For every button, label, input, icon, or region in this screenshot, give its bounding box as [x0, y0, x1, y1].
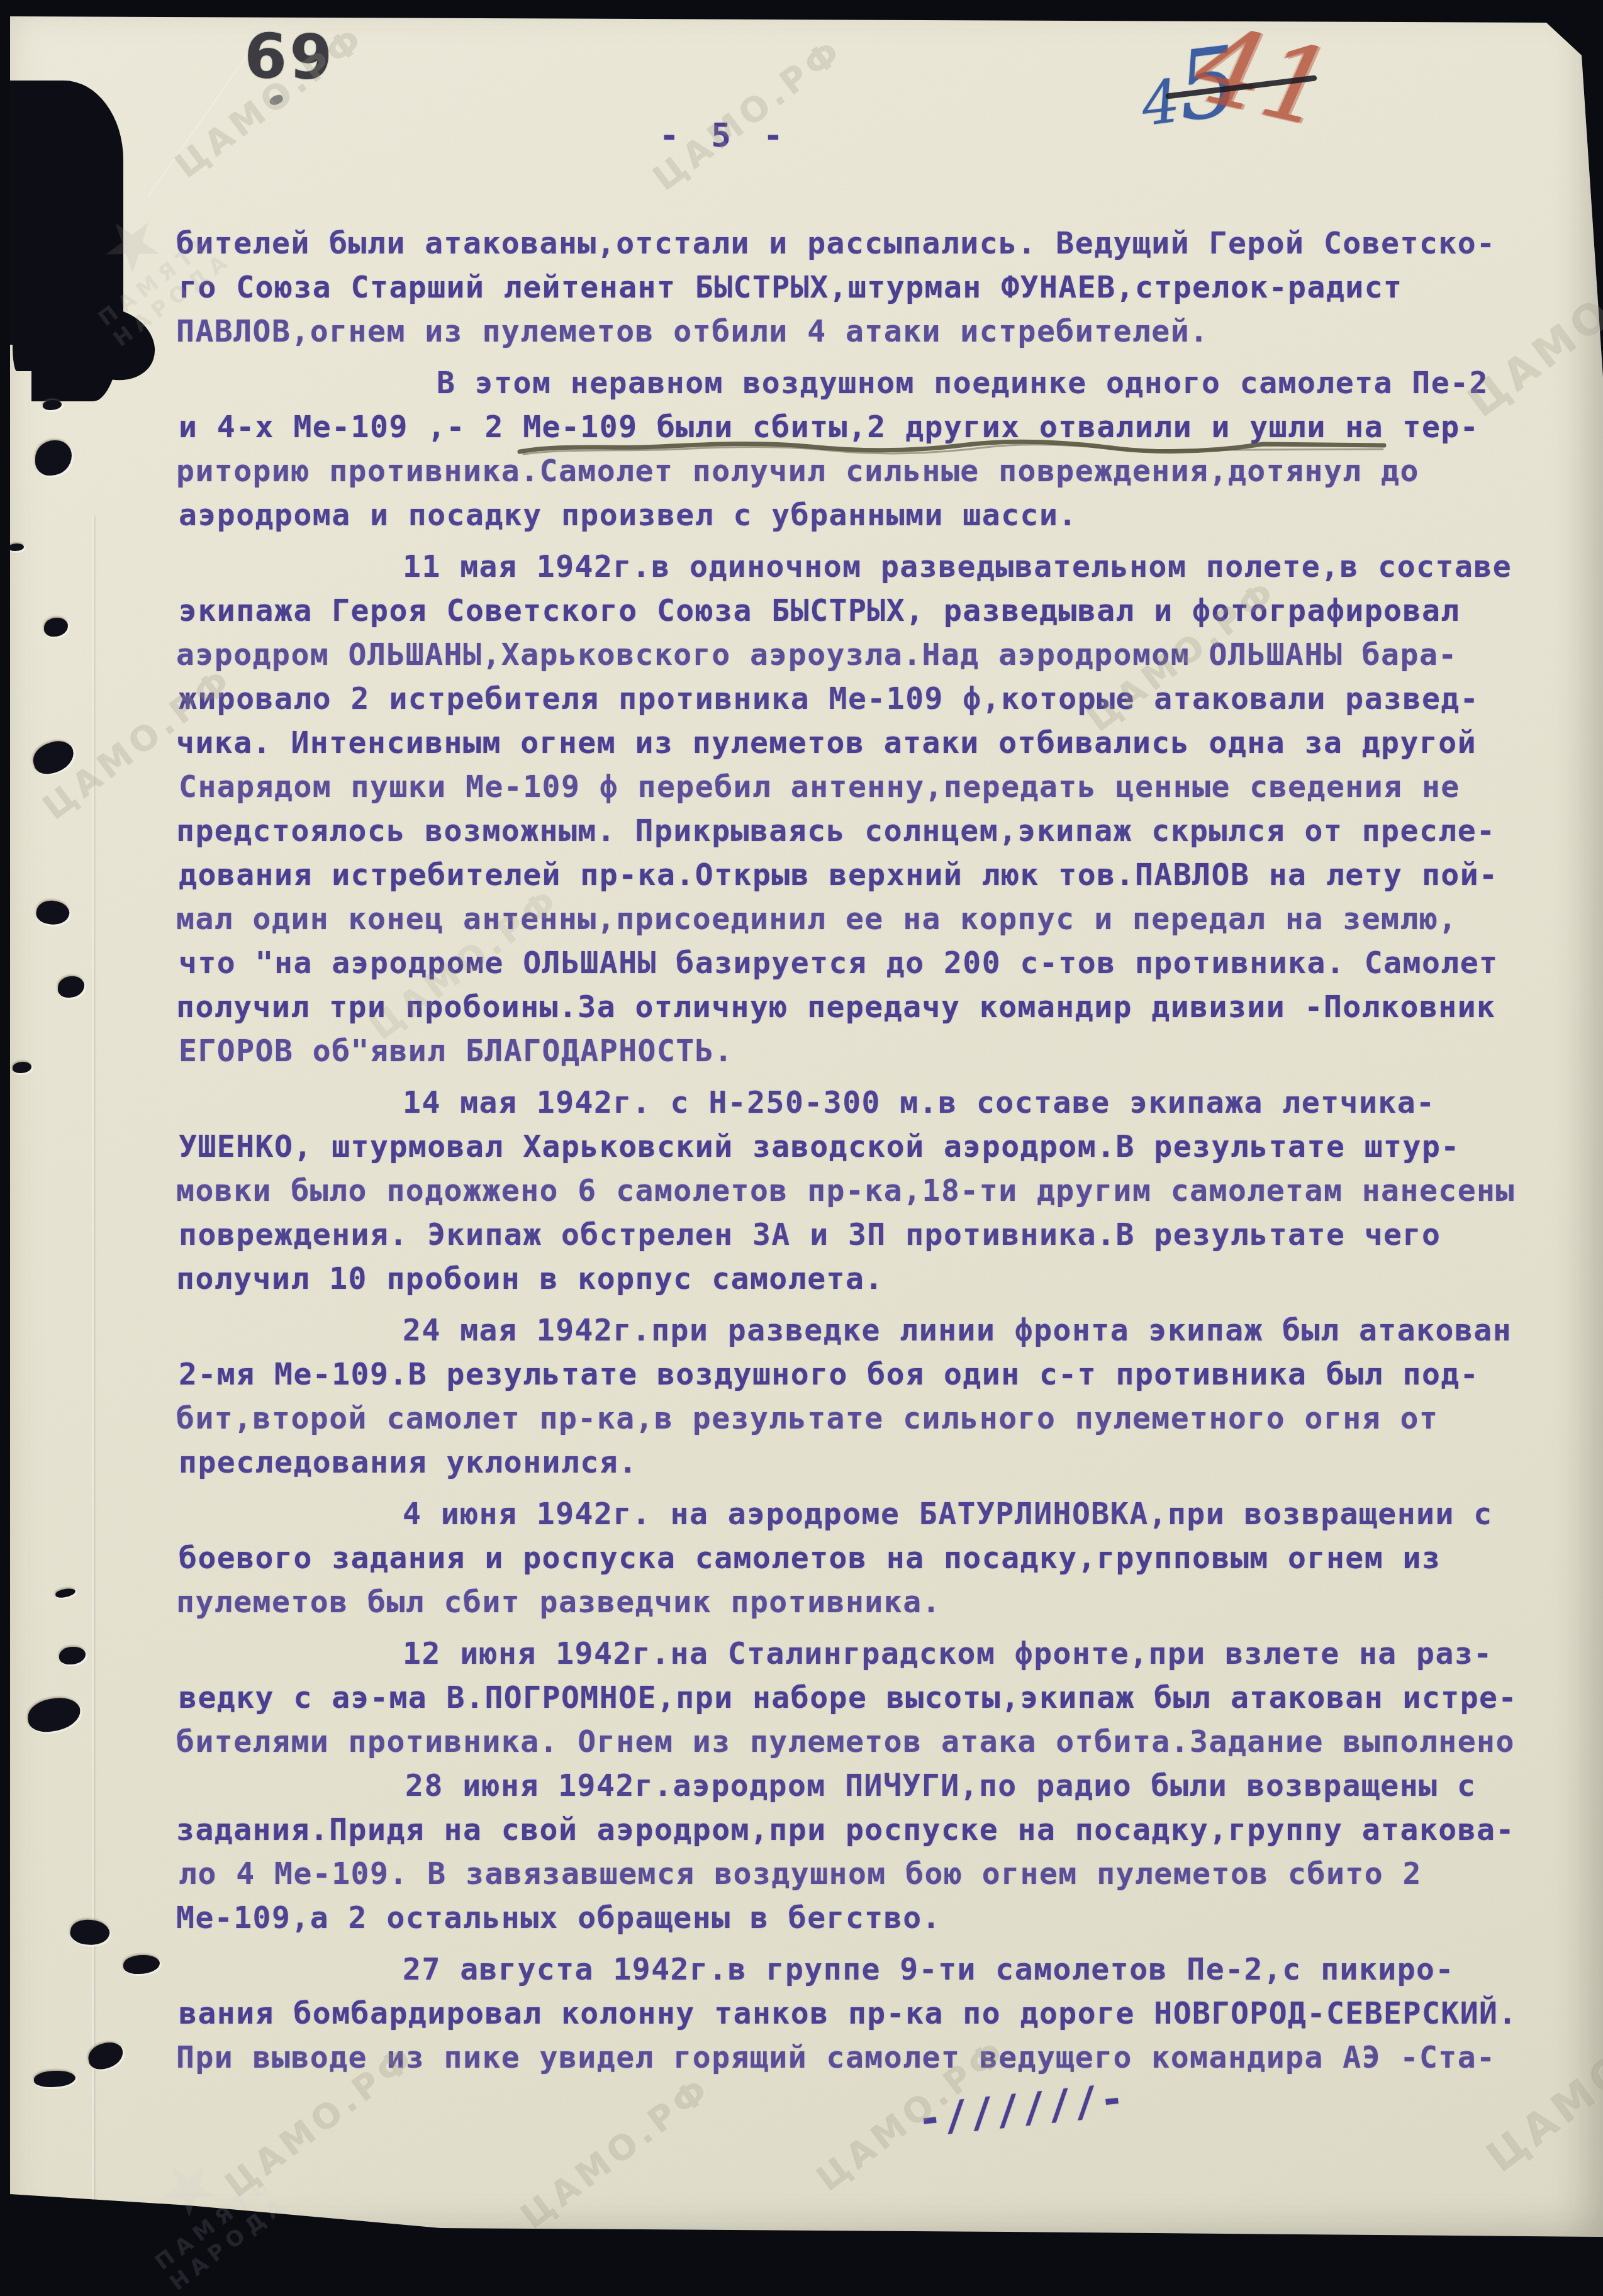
typed-line: 28 июня 1942г.аэродром ПИЧУГИ,по радио б… [179, 1764, 1588, 1808]
typed-line: го Союза Старший лейтенант БЫСТРЫХ,штурм… [179, 265, 1588, 309]
hole [69, 1917, 111, 1948]
paragraph: бителей были атакованы,отстали и рассыпа… [176, 221, 1585, 354]
typed-line: чика. Интенсивным огнем из пулеметов ата… [176, 721, 1585, 765]
typed-line: дования истребителей пр-ка.Открыв верхни… [179, 853, 1588, 897]
paper-sheet: 69 - 5 - 45 41 бителей были атакованы,от… [0, 0, 1603, 2248]
paragraph: 12 июня 1942г.на Сталинградском фронте,п… [176, 1632, 1585, 1940]
hole [58, 976, 84, 998]
paragraph: 4 июня 1942г. на аэродроме БАТУРЛИНОВКА,… [176, 1492, 1585, 1624]
typed-segment: и 4-х Ме-109 ,- 2 [179, 410, 523, 445]
paragraph: 24 мая 1942г.при разведке линии фронта э… [176, 1308, 1585, 1485]
typed-line: бителей были атакованы,отстали и рассыпа… [176, 221, 1585, 265]
typed-line: Ме-109,а 2 остальных обращены в бегство. [176, 1896, 1585, 1940]
typed-line: мал один конец антенны,присоединил ее на… [176, 897, 1585, 941]
typed-line: предстоялось возможным. Прикрываясь солн… [176, 809, 1585, 853]
typed-segment: тер- [1383, 410, 1479, 445]
typed-line: бителями противника. Огнем из пулеметов … [176, 1720, 1585, 1764]
typed-text-column: бителей были атакованы,отстали и рассыпа… [176, 221, 1585, 2087]
hole [34, 2071, 75, 2087]
typed-line: 14 мая 1942г. с Н-250-300 м.в составе эк… [176, 1081, 1585, 1125]
hole [35, 898, 72, 928]
typed-line: пулеметов был сбит разведчик противника. [176, 1580, 1585, 1624]
hole [9, 543, 24, 551]
typed-line: 12 июня 1942г.на Сталинградском фронте,п… [176, 1632, 1585, 1676]
typed-line: 4 июня 1942г. на аэродроме БАТУРЛИНОВКА,… [176, 1492, 1585, 1536]
scanned-page: 69 - 5 - 45 41 бителей были атакованы,от… [0, 0, 1603, 2248]
typed-line: В этом неравном воздушном поединке одног… [176, 361, 1585, 405]
typed-line: ло 4 Ме-109. В завязавшемся воздушном бо… [179, 1852, 1588, 1896]
typed-line: бит,второй самолет пр-ка,в результате си… [176, 1396, 1585, 1441]
typed-line: 24 мая 1942г.при разведке линии фронта э… [176, 1308, 1585, 1352]
hole [55, 1588, 75, 1598]
hole [44, 618, 68, 637]
pencil-underline [515, 433, 1395, 460]
typed-line: 11 мая 1942г.в одиночном разведывательно… [176, 545, 1585, 589]
typed-line: мовки было подожжено 6 самолетов пр-ка,1… [176, 1169, 1585, 1213]
typed-line: 27 августа 1942г.в группе 9-ти самолетов… [176, 1948, 1585, 1992]
paragraph: 14 мая 1942г. с Н-250-300 м.в составе эк… [176, 1081, 1585, 1301]
paragraph: 11 мая 1942г.в одиночном разведывательно… [176, 545, 1585, 1073]
typed-line: экипажа Героя Советского Союза БЫСТРЫХ, … [179, 589, 1588, 633]
typed-line: аэродрома и посадку произвел с убранными… [179, 493, 1588, 537]
typed-line: ведку с аэ-ма В.ПОГРОМНОЕ,при наборе выс… [179, 1676, 1588, 1720]
typed-line: преследования уклонился. [179, 1441, 1588, 1485]
typed-line: УШЕНКО, штурмовал Харьковский заводской … [179, 1125, 1588, 1169]
handwritten-number-red: 41 [1187, 10, 1341, 143]
typed-line: получил 10 пробоин в корпус самолета. [176, 1257, 1585, 1301]
typed-line: боевого задания и роспуска самолетов на … [179, 1536, 1588, 1580]
hole [13, 1062, 31, 1073]
typed-line: аэродром ОЛЬШАНЫ,Харьковского аэроузла.Н… [176, 633, 1585, 677]
typed-line: что "на аэродроме ОЛЬШАНЫ базируется до … [179, 941, 1588, 985]
typed-line: повреждения. Экипаж обстрелен ЗА и ЗП пр… [179, 1213, 1588, 1257]
hole [26, 1696, 82, 1734]
typed-line: задания.Придя на свой аэродром,при роспу… [176, 1808, 1585, 1852]
typed-line: вания бомбардировал колонну танков пр-ка… [179, 1992, 1588, 2036]
hole [59, 1647, 86, 1664]
hole [35, 440, 72, 476]
hole [123, 1955, 160, 1974]
typed-line: 2-мя Ме-109.В результате воздушного боя … [179, 1352, 1588, 1396]
typed-line: жировало 2 истребителя противника Ме-109… [179, 677, 1588, 721]
typed-line: Снарядом пушки Ме-109 ф перебил антенну,… [179, 765, 1588, 809]
typed-line: ПАВЛОВ,огнем из пулеметов отбили 4 атаки… [176, 309, 1585, 354]
hole [43, 400, 62, 410]
